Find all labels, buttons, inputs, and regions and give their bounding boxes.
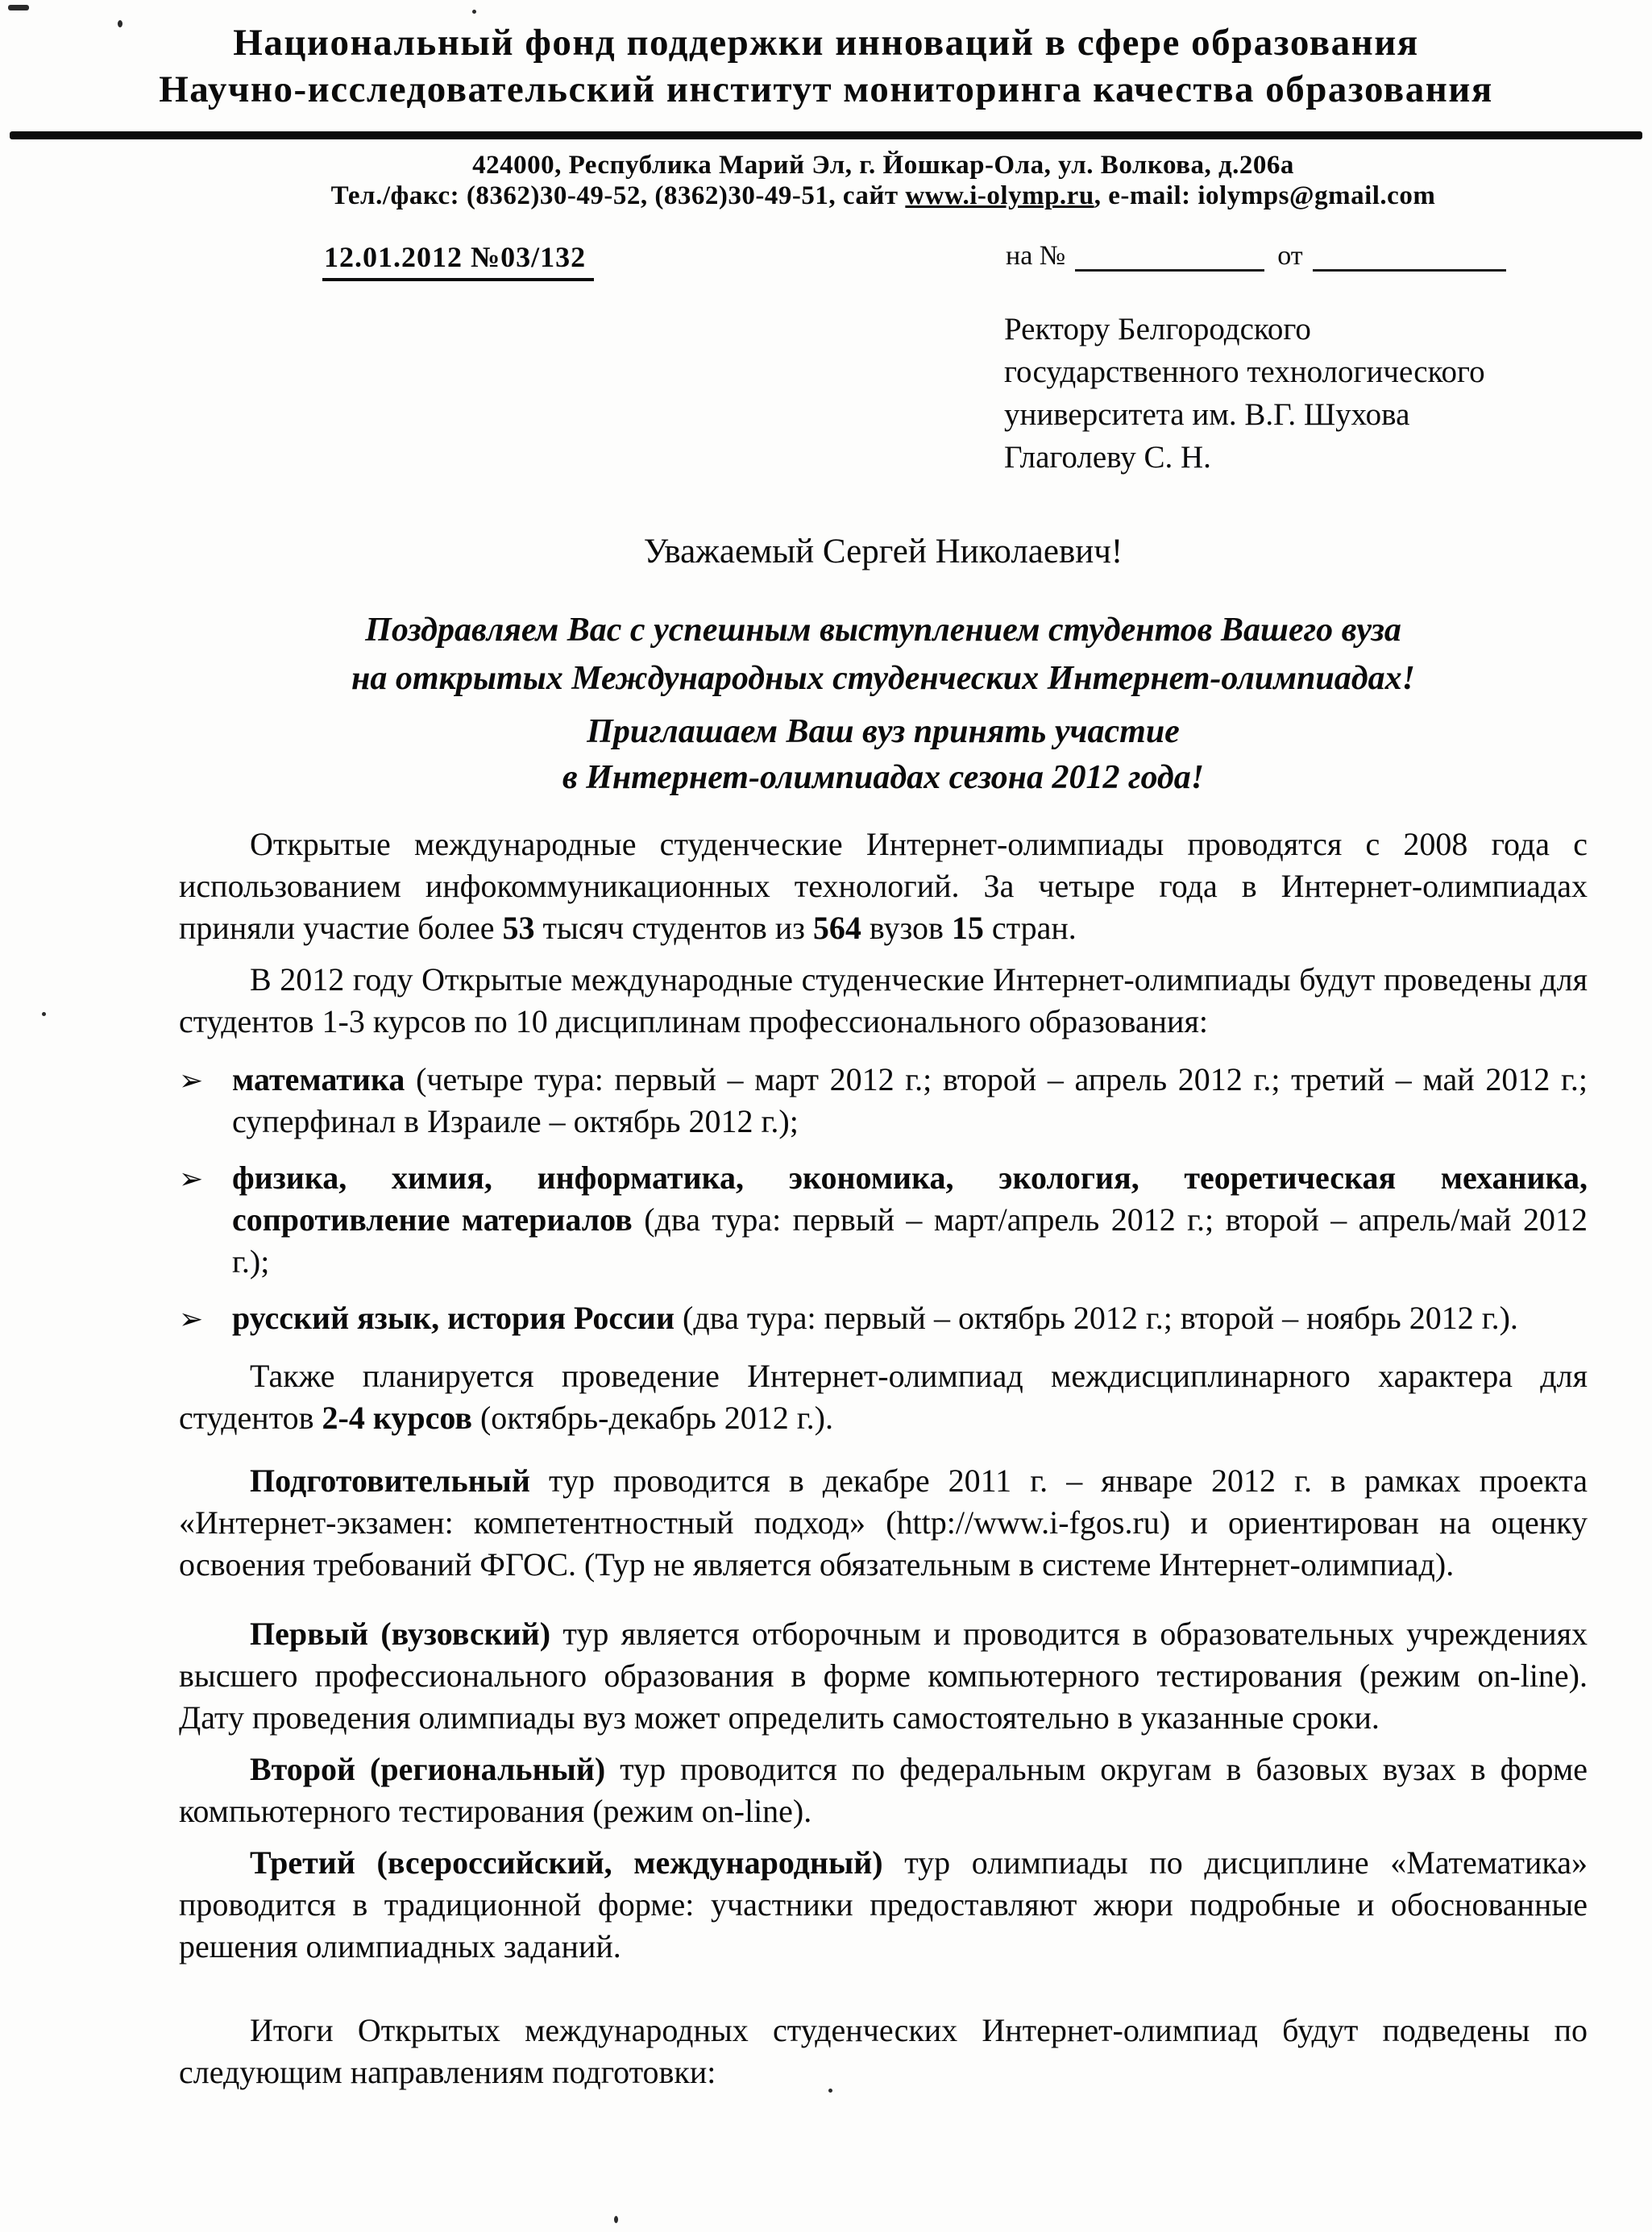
list-item-sciences: ➢ физика, химия, информатика, экономика,… bbox=[179, 1157, 1588, 1283]
scan-speck bbox=[8, 5, 29, 10]
arrow-bullet-icon: ➢ bbox=[179, 1060, 203, 1102]
org-address: 424000, Республика Марий Эл, г. Йошкар-О… bbox=[179, 150, 1588, 180]
congratulation-block: Поздравляем Вас с успешным выступлением … bbox=[179, 606, 1588, 703]
list-item-mathematics: ➢ математика (четыре тура: первый – март… bbox=[179, 1059, 1588, 1143]
org-name-line1: Национальный фонд поддержки инноваций в … bbox=[0, 19, 1652, 66]
interdisciplinary-text: (октябрь-декабрь 2012 г.). bbox=[472, 1400, 833, 1436]
universities-count: 564 bbox=[813, 910, 861, 946]
list-item-text: физика, химия, информатика, экономика, э… bbox=[232, 1160, 1588, 1280]
letterhead-contact-block: 424000, Республика Марий Эл, г. Йошкар-О… bbox=[179, 150, 1588, 211]
org-contacts: Тел./факс: (8362)30-49-52, (8362)30-49-5… bbox=[179, 180, 1588, 211]
paragraph-third-round: Третий (всероссийский, международный) ту… bbox=[179, 1842, 1588, 1968]
email-label: , e-mail: bbox=[1094, 181, 1198, 210]
intro-text: вузов bbox=[861, 910, 952, 946]
paragraph-intro: Открытые международные студенческие Инте… bbox=[179, 824, 1588, 949]
congratulation-line: Поздравляем Вас с успешным выступлением … bbox=[179, 606, 1588, 654]
countries-count: 15 bbox=[952, 910, 984, 946]
arrow-bullet-icon: ➢ bbox=[179, 1299, 203, 1341]
arrow-bullet-icon: ➢ bbox=[179, 1159, 203, 1201]
salutation: Уважаемый Сергей Николаевич! bbox=[179, 532, 1588, 571]
incoming-date-blank bbox=[1313, 240, 1506, 272]
incoming-from-label: от bbox=[1277, 241, 1302, 271]
discipline-names: математика bbox=[232, 1061, 405, 1097]
congratulation-line: на открытых Международных студенческих И… bbox=[179, 654, 1588, 703]
students-count: 53 bbox=[503, 910, 535, 946]
incoming-ref-label: на № bbox=[1006, 241, 1065, 271]
disciplines-list: ➢ математика (четыре тура: первый – март… bbox=[179, 1059, 1588, 1339]
paragraph-2012-plan: В 2012 году Открытые международные студе… bbox=[179, 959, 1588, 1043]
addressee-line: Ректору Белгородского bbox=[1004, 308, 1485, 351]
letter-body: Открытые международные студенческие Инте… bbox=[179, 824, 1588, 2093]
list-item-text: русский язык, история России (два тура: … bbox=[232, 1300, 1518, 1336]
fgos-url[interactable]: http://www.i-fgos.ru bbox=[897, 1504, 1160, 1541]
email-link[interactable]: iolymps@gmail.com bbox=[1197, 181, 1435, 210]
addressee-line: Глаголеву С. Н. bbox=[1004, 436, 1485, 479]
addressee-line: государственного технологического bbox=[1004, 351, 1485, 393]
incoming-number-blank bbox=[1075, 240, 1264, 272]
scan-speck bbox=[42, 1012, 46, 1016]
addressee-block: Ректору Белгородского государственного т… bbox=[1004, 308, 1485, 479]
round-name: Второй (региональный) bbox=[250, 1751, 605, 1787]
paragraph-first-round: Первый (вузовский) тур является отборочн… bbox=[179, 1613, 1588, 1739]
paragraph-second-round: Второй (региональный) тур проводится по … bbox=[179, 1749, 1588, 1832]
intro-text: тысяч студентов из bbox=[535, 910, 813, 946]
invitation-line: Приглашаем Ваш вуз принять участие bbox=[179, 709, 1588, 755]
reference-row: 12.01.2012 №03/132 на №от bbox=[0, 240, 1652, 288]
paragraph-preparatory-round: Подготовительный тур проводится в декабр… bbox=[179, 1460, 1588, 1586]
paragraph-results: Итоги Открытых международных студенчески… bbox=[179, 2010, 1588, 2093]
round-name: Подготовительный bbox=[250, 1462, 530, 1499]
courses-range: 2-4 курсов bbox=[322, 1400, 472, 1436]
letter-page: Национальный фонд поддержки инноваций в … bbox=[0, 0, 1652, 2232]
scan-speck bbox=[472, 10, 476, 14]
addressee-line: университета им. В.Г. Шухова bbox=[1004, 393, 1485, 436]
list-item-humanities: ➢ русский язык, история России (два тура… bbox=[179, 1297, 1588, 1339]
org-name-line2: Научно-исследовательский институт монито… bbox=[0, 66, 1652, 113]
intro-text: стран. bbox=[984, 910, 1077, 946]
letterhead-divider bbox=[10, 131, 1642, 139]
list-item-text: математика (четыре тура: первый – март 2… bbox=[232, 1061, 1588, 1139]
round-name: Первый (вузовский) bbox=[250, 1616, 550, 1652]
tour-schedule: (четыре тура: первый – март 2012 г.; вто… bbox=[232, 1061, 1588, 1139]
website-link[interactable]: www.i-olymp.ru bbox=[905, 181, 1094, 210]
discipline-names: русский язык, история России bbox=[232, 1300, 674, 1336]
round-name: Третий (всероссийский, международный) bbox=[250, 1844, 883, 1881]
incoming-ref-fields: на №от bbox=[1006, 240, 1506, 272]
invitation-line: в Интернет-олимпиадах сезона 2012 года! bbox=[179, 755, 1588, 801]
tour-schedule: (два тура: первый – октябрь 2012 г.; вто… bbox=[674, 1300, 1518, 1336]
invitation-block: Приглашаем Ваш вуз принять участие в Инт… bbox=[179, 709, 1588, 801]
letterhead: Национальный фонд поддержки инноваций в … bbox=[0, 19, 1652, 113]
paragraph-interdisciplinary: Также планируется проведение Интернет-ол… bbox=[179, 1355, 1588, 1439]
phone-fax-text: Тел./факс: (8362)30-49-52, (8362)30-49-5… bbox=[331, 181, 906, 210]
scan-speck bbox=[614, 2216, 618, 2223]
outgoing-ref-number: 12.01.2012 №03/132 bbox=[322, 240, 594, 281]
